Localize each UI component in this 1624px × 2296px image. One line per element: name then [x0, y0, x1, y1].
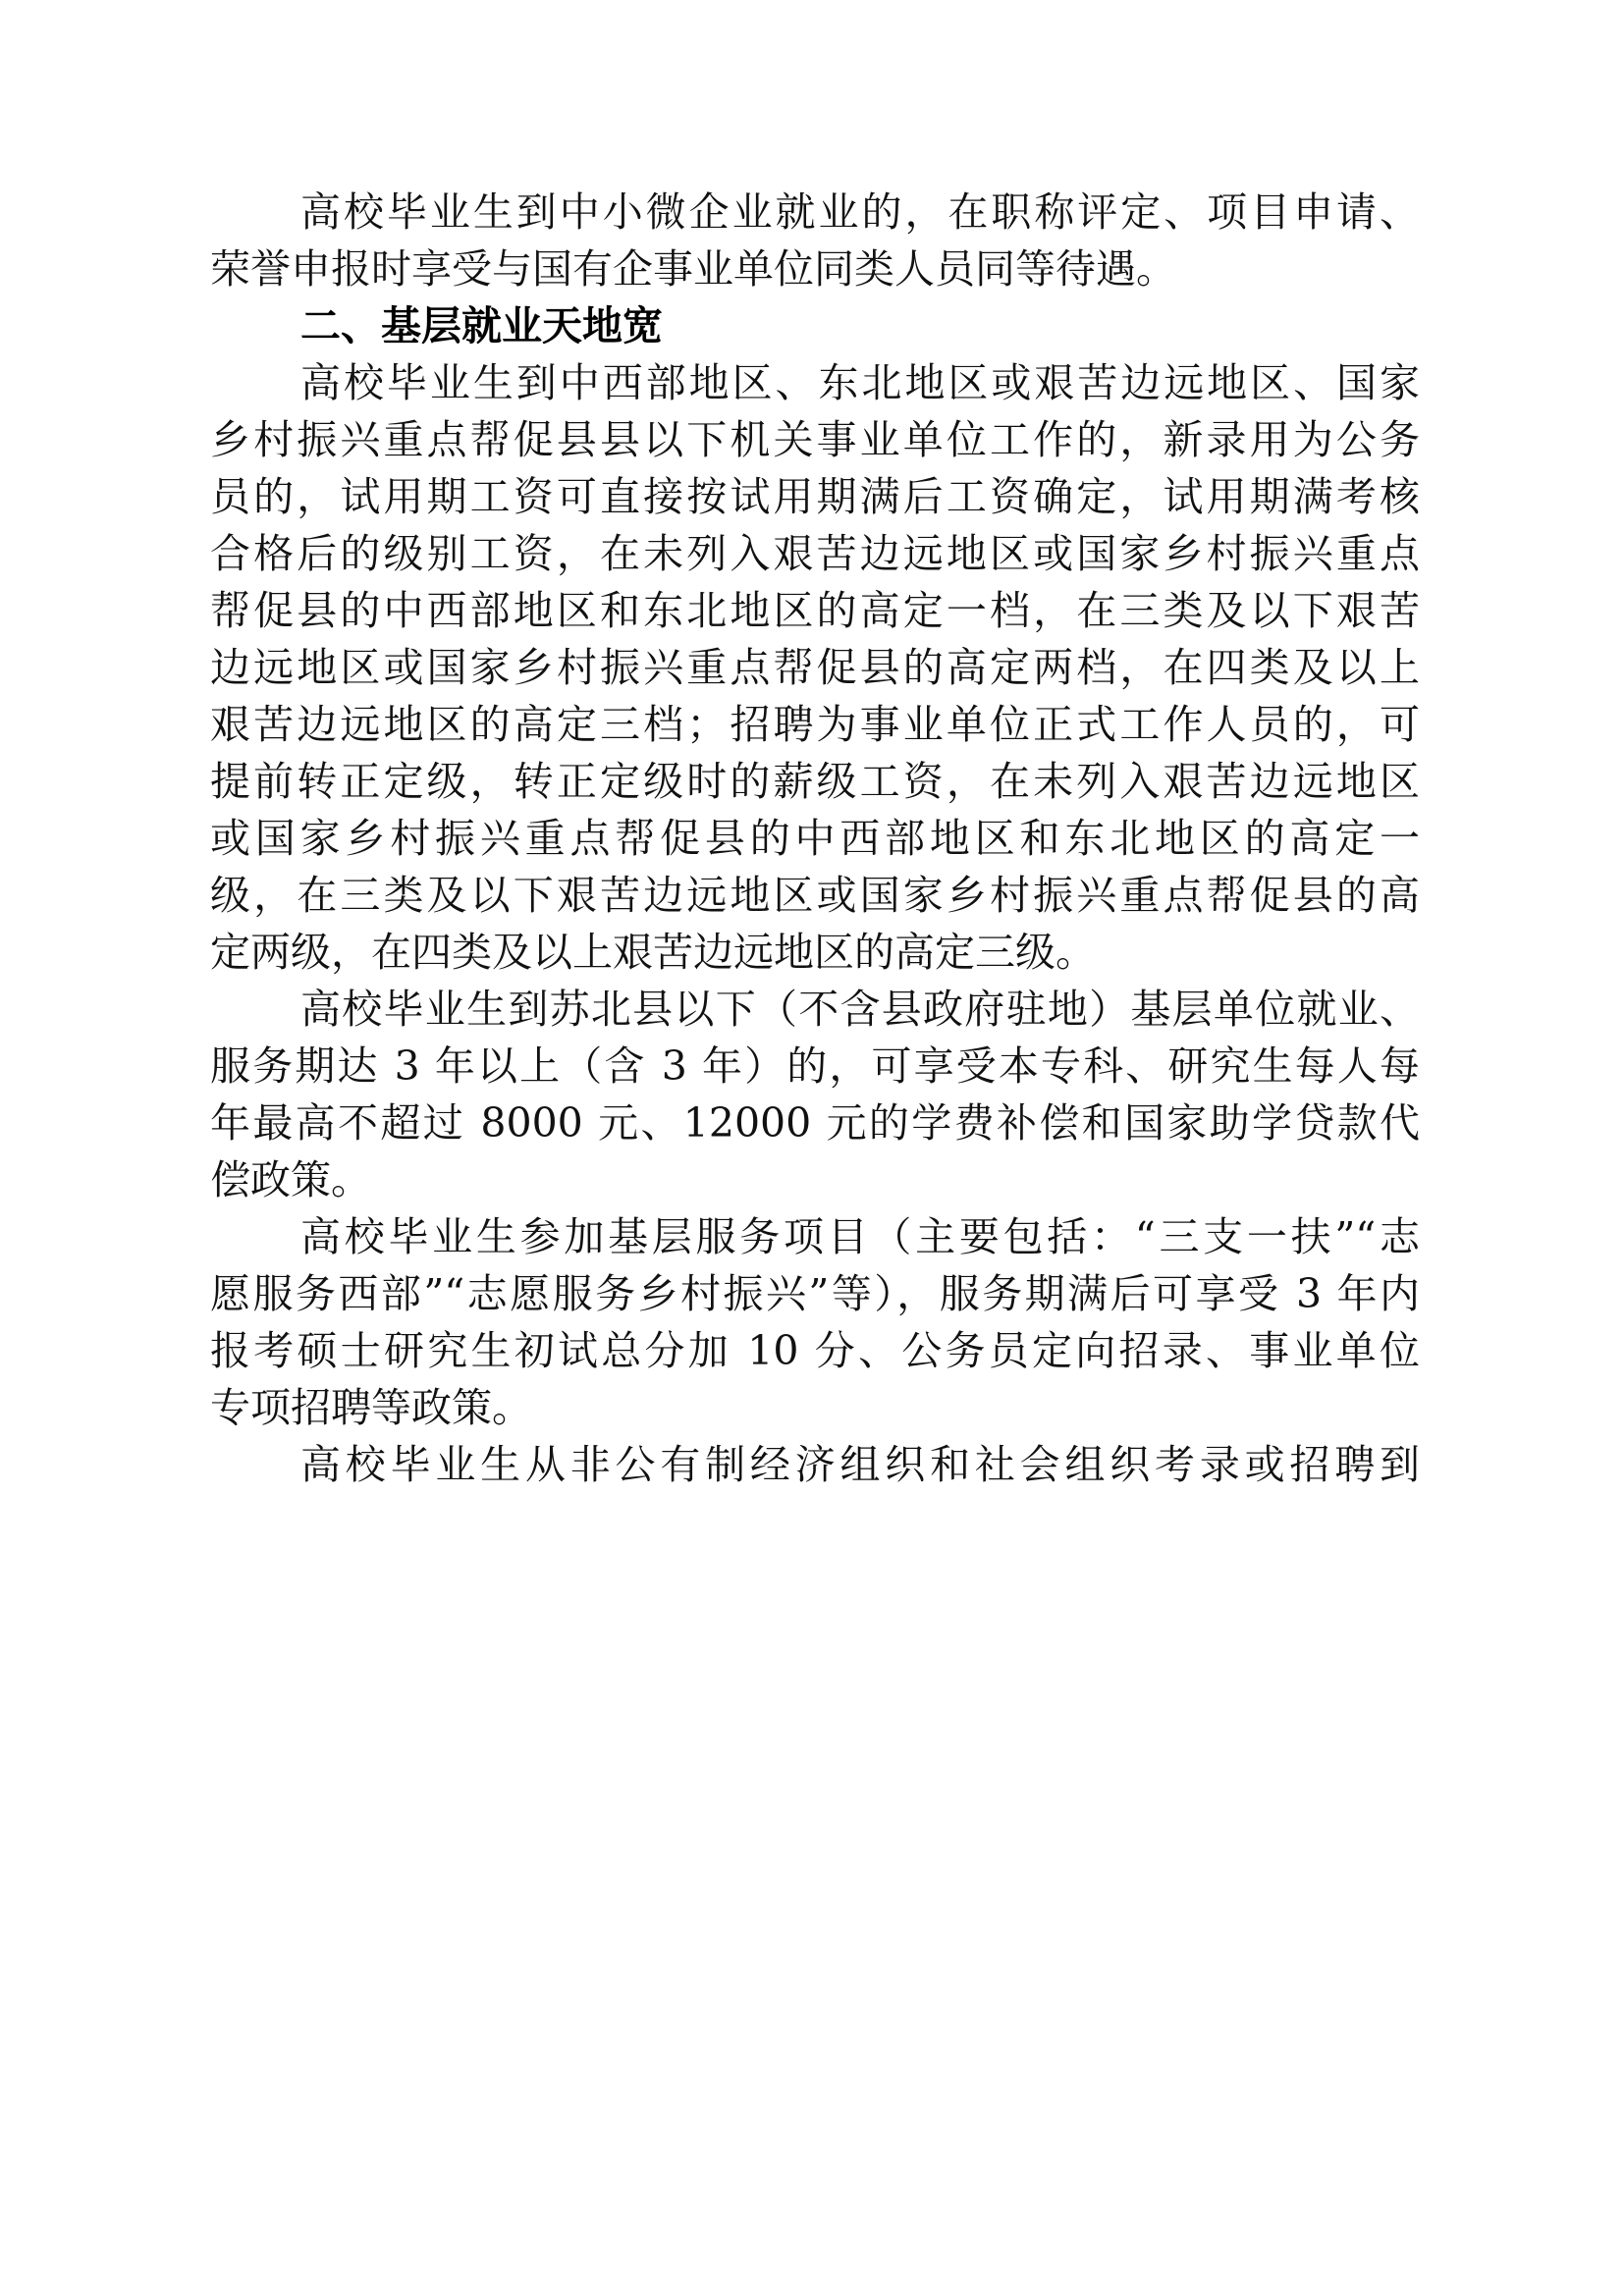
paragraph-2-line-9: 或国家乡村振兴重点帮促县的中西部地区和东北地区的高定一 — [210, 811, 1420, 866]
paragraph-4-line-3: 报考硕士研究生初试总分加 10 分、公务员定向招录、事业单位 — [210, 1323, 1420, 1378]
paragraph-5-line-1: 高校毕业生从非公有制经济组织和社会组织考录或招聘到 — [300, 1437, 1420, 1492]
paragraph-2-line-3: 员的，试用期工资可直接按试用期满后工资确定，试用期满考核 — [210, 469, 1420, 524]
paragraph-2-line-11: 定两级，在四类及以上艰苦边远地区的高定三级。 — [210, 925, 1420, 980]
paragraph-1-line-2: 荣誉申报时享受与国有企事业单位同类人员同等待遇。 — [210, 241, 1420, 296]
paragraph-3-line-4: 偿政策。 — [210, 1152, 1420, 1207]
paragraph-4-line-1: 高校毕业生参加基层服务项目（主要包括：“三支一扶”“志 — [300, 1209, 1420, 1264]
paragraph-2-line-8: 提前转正定级，转正定级时的薪级工资，在未列入艰苦边远地区 — [210, 754, 1420, 809]
document-page: 高校毕业生到中小微企业就业的，在职称评定、项目申请、 荣誉申报时享受与国有企事业… — [0, 0, 1624, 2296]
paragraph-2-line-4: 合格后的级别工资，在未列入艰苦边远地区或国家乡村振兴重点 — [210, 526, 1420, 581]
section-heading: 二、基层就业天地宽 — [300, 298, 663, 353]
paragraph-3-line-2: 服务期达 3 年以上（含 3 年）的，可享受本专科、研究生每人每 — [210, 1039, 1420, 1094]
paragraph-4-line-2: 愿服务西部”“志愿服务乡村振兴”等），服务期满后可享受 3 年内 — [210, 1266, 1420, 1321]
paragraph-3-line-1: 高校毕业生到苏北县以下（不含县政府驻地）基层单位就业、 — [300, 982, 1420, 1037]
paragraph-2-line-7: 艰苦边远地区的高定三档；招聘为事业单位正式工作人员的，可 — [210, 697, 1420, 752]
paragraph-2-line-6: 边远地区或国家乡村振兴重点帮促县的高定两档，在四类及以上 — [210, 640, 1420, 695]
paragraph-2-line-10: 级，在三类及以下艰苦边远地区或国家乡村振兴重点帮促县的高 — [210, 868, 1420, 923]
paragraph-2-line-1: 高校毕业生到中西部地区、东北地区或艰苦边远地区、国家 — [300, 355, 1420, 410]
paragraph-1-line-1: 高校毕业生到中小微企业就业的，在职称评定、项目申请、 — [300, 185, 1420, 240]
paragraph-2-line-2: 乡村振兴重点帮促县县以下机关事业单位工作的，新录用为公务 — [210, 412, 1420, 467]
paragraph-4-line-4: 专项招聘等政策。 — [210, 1380, 1420, 1435]
paragraph-2-line-5: 帮促县的中西部地区和东北地区的高定一档，在三类及以下艰苦 — [210, 583, 1420, 638]
paragraph-3-line-3: 年最高不超过 8000 元、12000 元的学费补偿和国家助学贷款代 — [210, 1095, 1420, 1150]
